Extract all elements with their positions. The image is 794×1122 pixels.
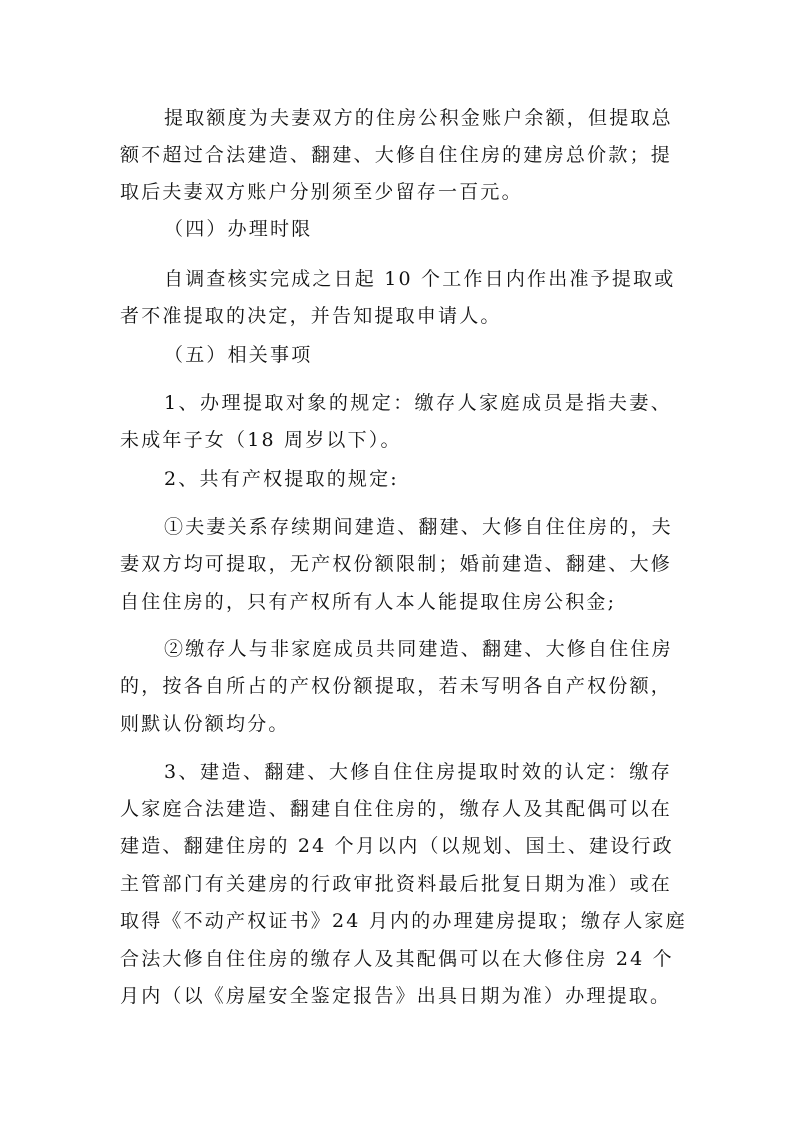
paragraph-line: 未成年子女（18 周岁以下）。 [120,428,672,452]
paragraph-line: 者不准提取的决定，并告知提取申请人。 [120,304,672,328]
paragraph-line: 月内（以《房屋安全鉴定报告》出具日期为准）办理提取。 [120,984,672,1008]
paragraph-line: 3、建造、翻建、大修自住住房提取时效的认定：缴存 [164,760,672,784]
paragraph-line: 人家庭合法建造、翻建自住住房的，缴存人及其配偶可以在 [120,797,672,821]
paragraph-line: ①夫妻关系存续期间建造、翻建、大修自住住房的，夫 [164,515,672,539]
paragraph-line: 妻双方均可提取，无产权份额限制；婚前建造、翻建、大修 [120,552,672,576]
paragraph-line: 提取额度为夫妻双方的住房公积金账户余额，但提取总 [164,106,672,130]
paragraph-line: 2、共有产权提取的规定: [164,467,672,491]
paragraph-line: 合法大修自住住房的缴存人及其配偶可以在大修住房 24 个 [120,947,672,971]
paragraph-line: 额不超过合法建造、翻建、大修自住住房的建房总价款；提 [120,143,672,167]
paragraph-line: 1、办理提取对象的规定：缴存人家庭成员是指夫妻、 [164,391,672,415]
section-heading-time-limit: （四）办理时限 [164,217,672,241]
paragraph-line: 建造、翻建住房的 24 个月以内（以规划、国土、建设行政 [120,834,672,858]
paragraph-line: 主管部门有关建房的行政审批资料最后批复日期为准）或在 [120,872,672,896]
paragraph-line: 取得《不动产权证书》24 月内的办理建房提取；缴存人家庭 [120,909,672,933]
section-heading-related-matters: （五）相关事项 [164,343,672,367]
document-page: 提取额度为夫妻双方的住房公积金账户余额，但提取总 额不超过合法建造、翻建、大修自… [0,0,794,1122]
paragraph-line: 则默认份额均分。 [120,712,672,736]
paragraph-line: 取后夫妻双方账户分别须至少留存一百元。 [120,180,672,204]
paragraph-line: 的，按各自所占的产权份额提取，若未写明各自产权份额， [120,674,672,698]
paragraph-line: ②缴存人与非家庭成员共同建造、翻建、大修自住住房 [164,637,672,661]
paragraph-line: 自调查核实完成之日起 10 个工作日内作出准予提取或 [164,267,672,291]
paragraph-line: 自住住房的，只有产权所有人本人能提取住房公积金; [120,590,672,614]
